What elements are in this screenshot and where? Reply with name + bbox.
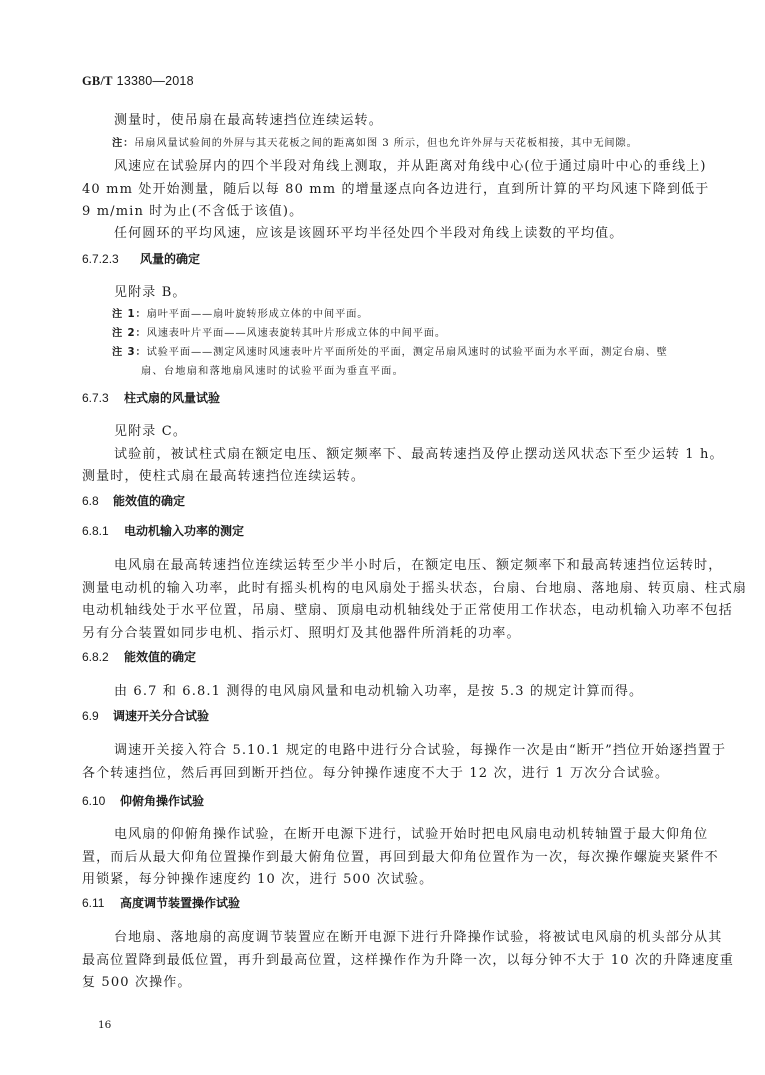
section-title: 能效值的确定: [113, 494, 185, 508]
paragraph-line: 风速应在试验屏内的四个半段对角线上测取，并从距离对角线中心(位于通过扇叶中心的垂…: [114, 155, 718, 174]
paragraph-line: 调速开关接入符合 5.10.1 规定的电路中进行分合试验，每操作一次是由“断开”…: [114, 739, 718, 758]
paragraph-line: 台地扇、落地扇的高度调节装置应在断开电源下进行升降操作试验，将被试电风扇的机头部…: [114, 926, 718, 945]
section-number: 6.11: [82, 896, 120, 910]
paragraph-line: 最高位置降到最低位置，再升到最高位置，这样操作作为升降一次，以每分钟不大于 10…: [82, 949, 686, 968]
note-label: 注 1：: [112, 309, 147, 320]
section-heading: 6.9调速开关分合试验: [82, 707, 686, 724]
paragraph-line: 用锁紧，每分钟操作速度约 10 次，进行 500 次试验。: [82, 868, 686, 887]
section-number: 6.8.1: [82, 524, 124, 538]
paragraph-line: 见附录 B。: [114, 281, 718, 300]
section-title: 风量的确定: [140, 252, 200, 266]
section-number: 6.8.2: [82, 650, 124, 664]
section-heading: 6.11高度调节装置操作试验: [82, 894, 686, 911]
note-label: 注 3：: [112, 347, 147, 358]
section-title: 柱式扇的风量试验: [124, 391, 220, 405]
standard-header: GB/T13380—2018: [82, 73, 194, 89]
note-text: 风速表叶片平面——风速表旋转其叶片形成立体的中间平面。: [147, 328, 446, 339]
section-heading: 6.8.2能效值的确定: [82, 648, 686, 665]
section-number: 6.10: [82, 794, 120, 808]
section-number: 6.9: [82, 709, 113, 723]
note: 注 1：扇叶平面——扇叶旋转形成立体的中间平面。: [112, 305, 716, 320]
note-text: 吊扇风量试验间的外屏与其天花板之间的距离如图 3 所示，但也允许外屏与天花板相接…: [134, 138, 638, 149]
section-title: 仰俯角操作试验: [120, 794, 204, 808]
paragraph-line: 电动机轴线处于水平位置，吊扇、壁扇、顶扇电动机轴线处于正常使用工作状态，电动机输…: [82, 599, 686, 618]
paragraph-line: 试验前，被试柱式扇在额定电压、额定频率下、最高转速挡及停止摆动送风状态下至少运转…: [114, 443, 718, 462]
note-label: 注：: [112, 138, 134, 149]
paragraph-line: 9 m/min 时为止(不含低于该值)。: [82, 200, 686, 219]
section-number: 6.8: [82, 494, 113, 508]
section-heading: 6.7.3柱式扇的风量试验: [82, 389, 686, 406]
paragraph-line: 见附录 C。: [114, 420, 718, 439]
paragraph-line: 由 6.7 和 6.8.1 测得的电风扇风量和电动机输入功率，是按 5.3 的规…: [114, 680, 718, 699]
paragraph-line: 复 500 次操作。: [82, 971, 686, 990]
section-heading: 6.8能效值的确定: [82, 492, 686, 509]
paragraph-line: 电风扇在最高转速挡位连续运转至少半小时后，在额定电压、额定频率下和最高转速挡位运…: [114, 554, 718, 573]
paragraph-line: 任何圆环的平均风速，应该是该圆环平均半径处四个半段对角线上读数的平均值。: [114, 222, 718, 241]
note-continuation: 扇、台地扇和落地扇风速时的试验平面为垂直平面。: [141, 362, 745, 377]
paragraph-line: 置，而后从最大仰角位置操作到最大俯角位置，再回到最大仰角位置作为一次，每次操作螺…: [82, 846, 686, 865]
section-title: 调速开关分合试验: [113, 709, 209, 723]
document-page: GB/T13380—2018 测量时，使吊扇在最高转速挡位连续运转。 注：吊扇风…: [0, 0, 765, 1075]
section-title: 能效值的确定: [124, 650, 196, 664]
page-number: 16: [98, 1019, 111, 1031]
section-number: 6.7.3: [82, 391, 124, 405]
section-heading: 6.7.2.3风量的确定: [82, 250, 686, 267]
paragraph-line: 电风扇的仰俯角操作试验，在断开电源下进行，试验开始时把电风扇电动机转轴置于最大仰…: [114, 823, 718, 842]
section-heading: 6.8.1电动机输入功率的测定: [82, 522, 686, 539]
note: 注 3：试验平面——测定风速时风速表叶片平面所处的平面，测定吊扇风速时的试验平面…: [112, 343, 716, 358]
standard-prefix: GB/T: [82, 74, 113, 88]
paragraph-line: 测量时，使吊扇在最高转速挡位连续运转。: [114, 109, 718, 128]
note: 注：吊扇风量试验间的外屏与其天花板之间的距离如图 3 所示，但也允许外屏与天花板…: [112, 134, 716, 149]
section-number: 6.7.2.3: [82, 252, 140, 266]
paragraph-line: 测量时，使柱式扇在最高转速挡位连续运转。: [82, 465, 686, 484]
paragraph-line: 40 mm 处开始测量，随后以每 80 mm 的增量逐点向各边进行，直到所计算的…: [82, 178, 686, 197]
section-title: 高度调节装置操作试验: [120, 896, 240, 910]
standard-number: 13380—2018: [117, 74, 194, 88]
section-title: 电动机输入功率的测定: [124, 524, 244, 538]
paragraph-line: 测量电动机的输入功率，此时有摇头机构的电风扇处于摇头状态，台扇、台地扇、落地扇、…: [82, 577, 686, 596]
note-label: 注 2：: [112, 328, 147, 339]
note-text: 扇叶平面——扇叶旋转形成立体的中间平面。: [147, 309, 369, 320]
note: 注 2：风速表叶片平面——风速表旋转其叶片形成立体的中间平面。: [112, 324, 716, 339]
section-heading: 6.10仰俯角操作试验: [82, 792, 686, 809]
paragraph-line: 另有分合装置如同步电机、指示灯、照明灯及其他器件所消耗的功率。: [82, 622, 686, 641]
paragraph-line: 各个转速挡位，然后再回到断开挡位。每分钟操作速度不大于 12 次，进行 1 万次…: [82, 762, 686, 781]
note-text: 试验平面——测定风速时风速表叶片平面所处的平面，测定吊扇风速时的试验平面为水平面…: [147, 347, 668, 358]
